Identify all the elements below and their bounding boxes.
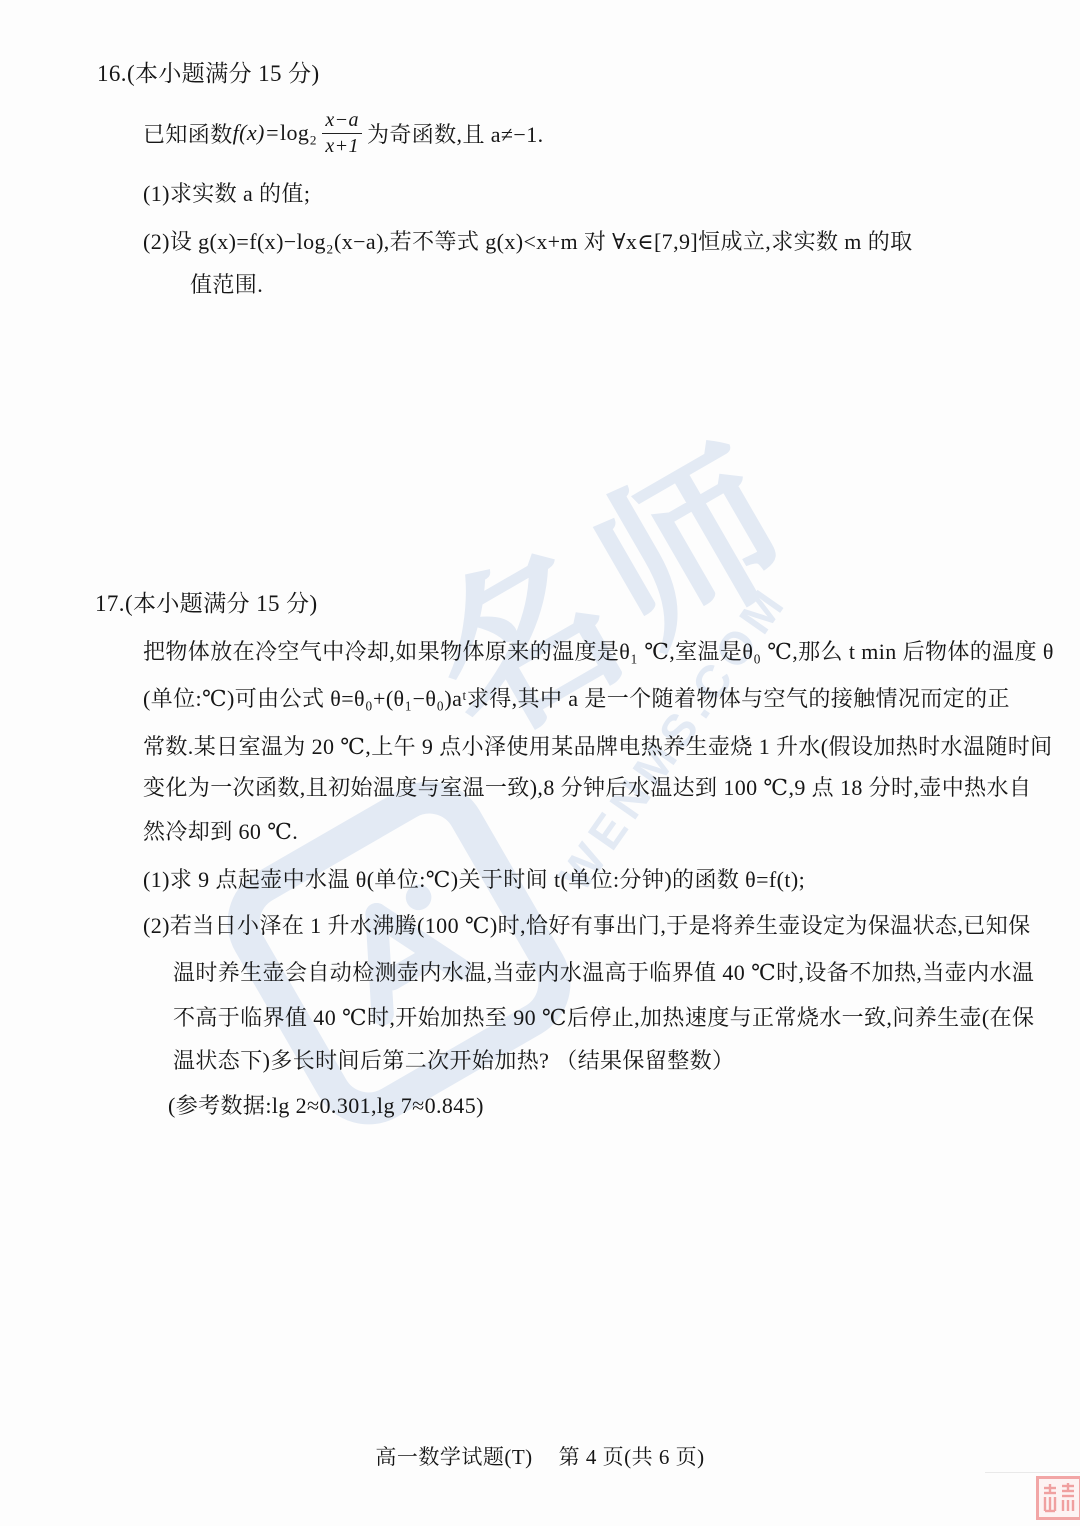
q16-part2-line1: (2)设 g(x)=f(x)−log₂(x−a),若不等式 g(x)<x+m 对…	[143, 228, 913, 255]
seal-stamp	[1036, 1476, 1080, 1520]
fraction: x−a x+1	[322, 109, 362, 158]
q16-math-log: log₂	[280, 120, 317, 146]
q16-part2-line2: 值范围.	[190, 271, 263, 298]
q17-para-line-2: (单位:℃)可由公式 θ=θ₀+(θ₁−θ₀)aᵗ求得,其中 a 是一个随着物体…	[143, 685, 1010, 712]
seal-glyphs-icon	[1041, 1482, 1077, 1514]
q16-title: (本小题满分 15 分)	[127, 61, 320, 86]
fraction-numerator: x−a	[322, 109, 362, 133]
scan-edge-line	[985, 1472, 1080, 1473]
q16-part1: (1)求实数 a 的值;	[143, 180, 310, 207]
q17-number: 17.	[95, 591, 125, 616]
q17-title: (本小题满分 15 分)	[125, 591, 318, 616]
exam-content: 16.(本小题满分 15 分) 已知函数 f(x)= log₂ x−a x+1 …	[0, 0, 1080, 1526]
q17-para-line-4: 变化为一次函数,且初始温度与室温一致),8 分钟后水温达到 100 ℃,9 点 …	[143, 774, 1031, 801]
q17-part2-line4: 温状态下)多长时间后第二次开始加热? （结果保留整数）	[173, 1047, 734, 1074]
exam-page: 名师 WENMS.COM 16.(本小题满分 15 分) 已知函数 f(x)= …	[0, 0, 1080, 1526]
q17-part2-line3: 不高于临界值 40 ℃时,开始加热至 90 ℃后停止,加热速度与正常烧水一致,问…	[173, 1004, 1034, 1031]
fraction-denominator: x+1	[322, 133, 362, 158]
q17-part2-line1: (2)若当日小泽在 1 升水沸腾(100 ℃)时,恰好有事出门,于是将养生壶设定…	[143, 912, 1031, 939]
q16-intro-suffix: 为奇函数,且 a≠−1.	[367, 118, 544, 149]
q17-part2-line2: 温时养生壶会自动检测壶内水温,当壶内水温高于临界值 40 ℃时,设备不加热,当壶…	[173, 959, 1034, 986]
q16-intro: 已知函数 f(x)= log₂ x−a x+1 为奇函数,且 a≠−1.	[143, 98, 544, 168]
footer-page-label: 第 4 页(共 6 页)	[559, 1445, 705, 1469]
q16-header: 16.(本小题满分 15 分)	[97, 60, 320, 87]
q17-ref-data: (参考数据:lg 2≈0.301,lg 7≈0.845)	[168, 1092, 484, 1119]
q17-part1: (1)求 9 点起壶中水温 θ(单位:℃)关于时间 t(单位:分钟)的函数 θ=…	[143, 866, 805, 893]
q16-number: 16.	[97, 61, 127, 86]
q17-para-line-1: 把物体放在冷空气中冷却,如果物体原来的温度是θ₁ ℃,室温是θ₀ ℃,那么 t …	[143, 638, 1054, 665]
q17-header: 17.(本小题满分 15 分)	[95, 590, 318, 617]
q17-para-line-5: 然冷却到 60 ℃.	[143, 818, 298, 845]
page-footer: 高一数学试题(T)第 4 页(共 6 页)	[0, 1441, 1080, 1471]
q16-math-fx: f(x)=	[233, 120, 280, 146]
q16-intro-prefix: 已知函数	[143, 118, 233, 149]
footer-doc-label: 高一数学试题(T)	[375, 1445, 532, 1469]
q17-para-line-3: 常数.某日室温为 20 ℃,上午 9 点小泽使用某品牌电热养生壶烧 1 升水(假…	[143, 733, 1053, 760]
